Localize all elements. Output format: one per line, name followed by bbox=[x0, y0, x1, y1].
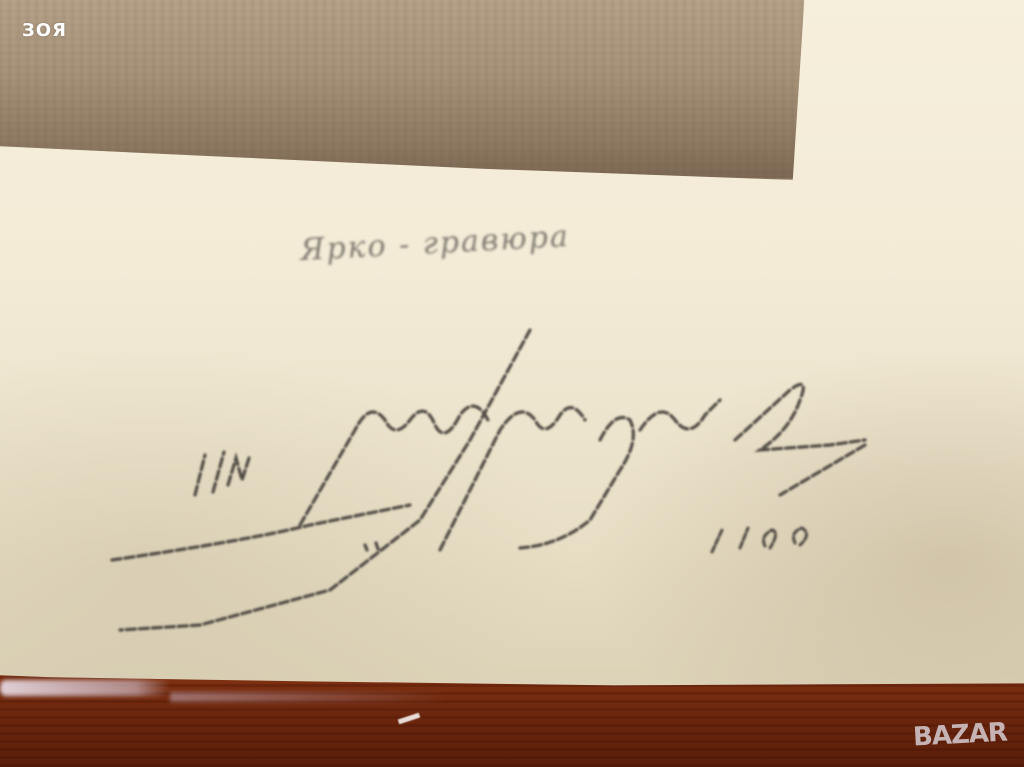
frame-light-reflection bbox=[0, 680, 170, 696]
artist-signature: 1946 bbox=[0, 0, 1024, 767]
photograph: Ярко - гравюра bbox=[0, 0, 1024, 767]
watermark-seller-name: ЗОЯ bbox=[22, 20, 67, 41]
frame-light-reflection-secondary bbox=[170, 692, 450, 702]
watermark-bazar-logo: BAZAR bbox=[912, 718, 1007, 753]
signature-date: 1946 bbox=[740, 537, 781, 556]
